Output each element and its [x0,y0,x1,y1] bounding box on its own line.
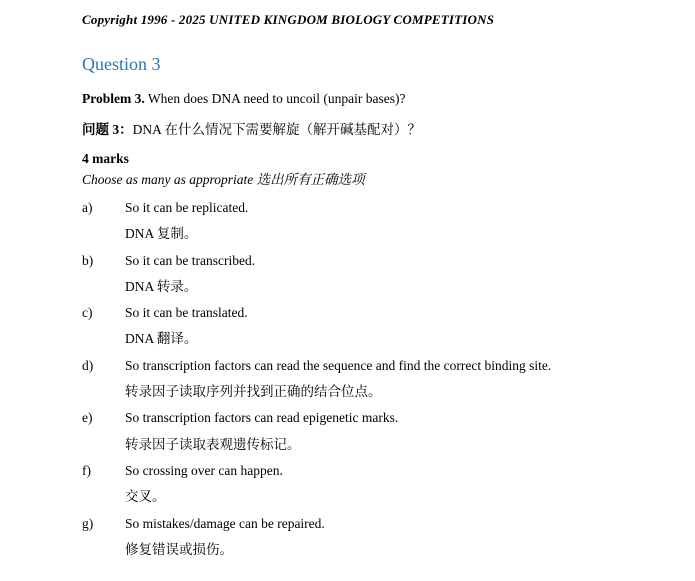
copyright-line: Copyright 1996 - 2025 UNITED KINGDOM BIO… [82,12,665,28]
problem-statement-zh: 问题 3：DNA 在什么情况下需要解旋（解开碱基配对）？ [82,118,665,138]
option-letter: d) [82,353,125,379]
option-letter: e) [82,405,125,431]
option-letter: g) [82,511,125,537]
option-b: b)So it can be transcribed. DNA 转录。 [82,248,665,301]
option-c: c)So it can be translated. DNA 翻译。 [82,300,665,353]
options-list: a)So it can be replicated. DNA 复制。 b)So … [82,195,665,563]
option-text-en: So it can be replicated. [125,200,248,215]
marks-label: 4 marks [82,151,665,167]
option-zh-line: DNA 转录。 [82,274,665,300]
option-text-en: So transcription factors can read epigen… [125,410,398,425]
problem-label-zh: 问题 3： [82,122,133,137]
option-text-en: So it can be translated. [125,305,248,320]
option-f: f)So crossing over can happen. 交叉。 [82,458,665,511]
option-en-line: f)So crossing over can happen. [82,458,665,484]
option-text-zh: DNA 复制。 [125,226,197,241]
option-zh-line: DNA 复制。 [82,221,665,247]
option-text-zh: DNA 翻译。 [125,331,197,346]
option-zh-line: 转录因子读取表观遗传标记。 [82,432,665,458]
option-e: e)So transcription factors can read epig… [82,405,665,458]
option-letter: f) [82,458,125,484]
option-letter: b) [82,248,125,274]
problem-text-zh: DNA 在什么情况下需要解旋（解开碱基配对）？ [133,122,421,137]
option-en-line: d)So transcription factors can read the … [82,353,665,379]
option-g: g)So mistakes/damage can be repaired. 修复… [82,511,665,564]
problem-label-en: Problem 3. [82,91,145,106]
document-page: Copyright 1996 - 2025 UNITED KINGDOM BIO… [0,0,695,581]
question-heading: Question 3 [82,54,665,75]
option-text-zh: 交叉。 [125,489,166,504]
problem-statement-en: Problem 3. When does DNA need to uncoil … [82,91,665,107]
option-en-line: b)So it can be transcribed. [82,248,665,274]
option-en-line: a)So it can be replicated. [82,195,665,221]
option-text-en: So crossing over can happen. [125,463,283,478]
option-zh-line: 交叉。 [82,484,665,510]
option-letter: c) [82,300,125,326]
option-a: a)So it can be replicated. DNA 复制。 [82,195,665,248]
option-letter: a) [82,195,125,221]
instruction-en: Choose as many as appropriate [82,172,253,187]
option-text-zh: 转录因子读取表观遗传标记。 [125,437,301,452]
option-zh-line: 修复错误或损伤。 [82,537,665,563]
option-text-zh: 转录因子读取序列并找到正确的结合位点。 [125,384,382,399]
problem-text-en: When does DNA need to uncoil (unpair bas… [148,91,406,106]
option-text-en: So mistakes/damage can be repaired. [125,516,325,531]
option-text-zh: DNA 转录。 [125,279,197,294]
option-zh-line: DNA 翻译。 [82,326,665,352]
option-text-en: So transcription factors can read the se… [125,358,551,373]
option-zh-line: 转录因子读取序列并找到正确的结合位点。 [82,379,665,405]
option-en-line: e)So transcription factors can read epig… [82,405,665,431]
option-text-en: So it can be transcribed. [125,253,255,268]
option-en-line: c)So it can be translated. [82,300,665,326]
instruction-zh: 选出所有正确选项 [257,172,365,187]
instruction-line: Choose as many as appropriate 选出所有正确选项 [82,168,665,188]
option-d: d)So transcription factors can read the … [82,353,665,406]
option-text-zh: 修复错误或损伤。 [125,542,233,557]
option-en-line: g)So mistakes/damage can be repaired. [82,511,665,537]
